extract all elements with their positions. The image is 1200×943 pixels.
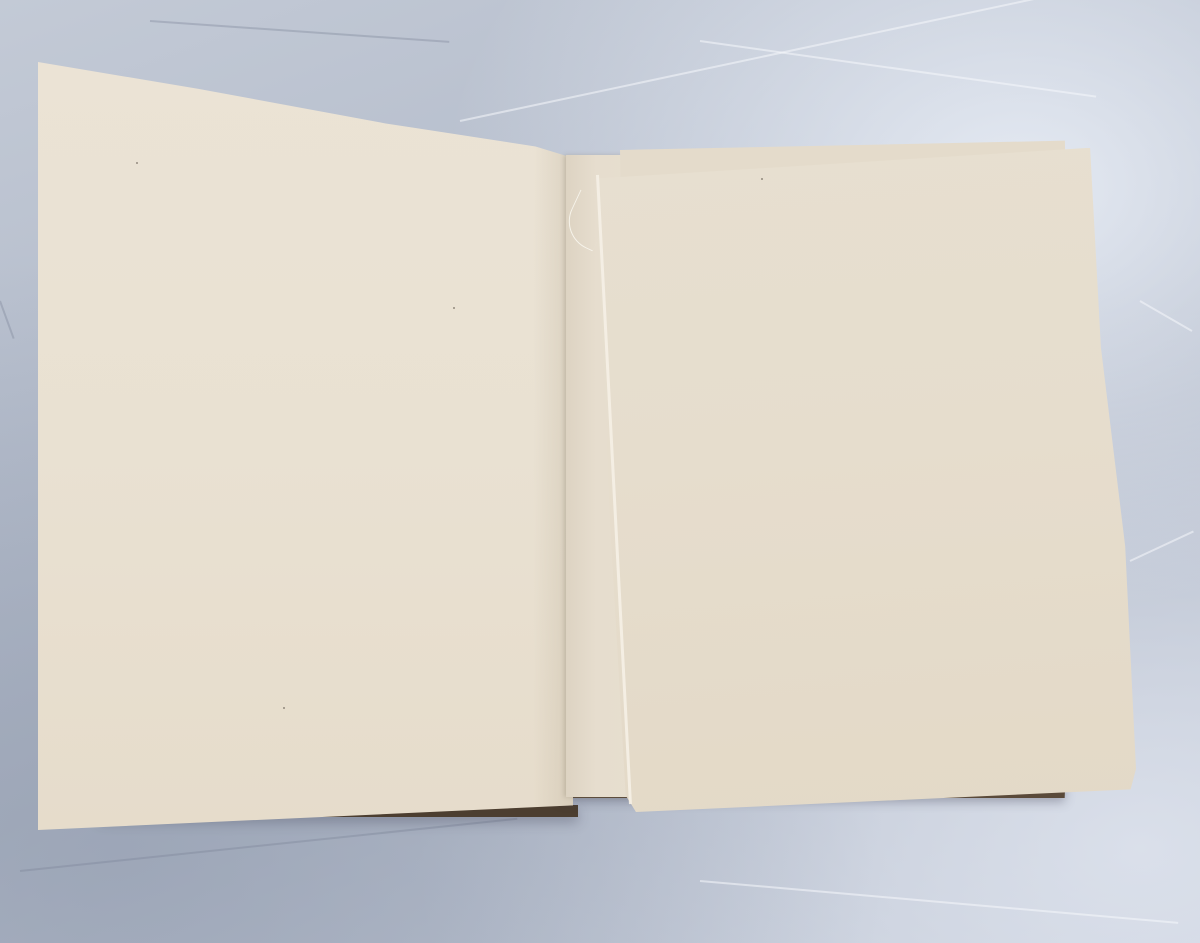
paper-speck bbox=[283, 707, 285, 709]
left-page bbox=[38, 62, 573, 830]
tissue-crease bbox=[1130, 531, 1194, 562]
paper-speck bbox=[136, 162, 138, 164]
tissue-crease bbox=[460, 0, 1047, 122]
paper-speck bbox=[453, 307, 455, 309]
paper-speck bbox=[761, 178, 763, 180]
photo-scene bbox=[0, 0, 1200, 943]
tissue-crease bbox=[700, 880, 1178, 924]
tissue-crease bbox=[700, 40, 1096, 98]
tissue-crease bbox=[0, 301, 15, 339]
paper-speck bbox=[106, 874, 108, 876]
right-page bbox=[596, 148, 1136, 812]
tissue-crease bbox=[1140, 300, 1193, 332]
tissue-crease bbox=[150, 20, 449, 43]
